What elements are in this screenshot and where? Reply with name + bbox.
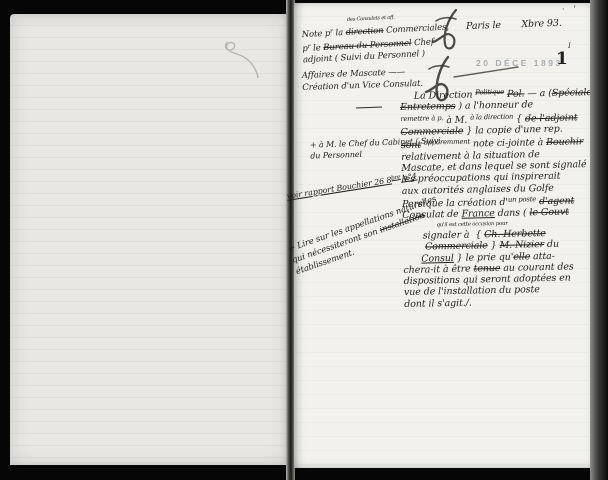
folio-number: 1 (556, 49, 568, 69)
scanned-archive-spread: { "colors": { "surround": "#060606", "le… (0, 0, 608, 480)
folio-number-mark: I (568, 42, 571, 50)
paraph-flourish-top (428, 7, 466, 53)
draft-body: La Direction Politique Pol. — a (Spécial… (400, 85, 595, 310)
manuscript-page: des Consulats et aff. Note pr la directi… (294, 3, 590, 468)
subject-underline (356, 107, 382, 109)
corner-ink-marks: · ʼ (562, 5, 579, 14)
pencil-squiggle-mark (205, 26, 271, 78)
left-blank-page (10, 14, 288, 465)
date-line: Paris le Xbre 93. (466, 17, 584, 32)
scan-edge-strip (590, 0, 608, 480)
